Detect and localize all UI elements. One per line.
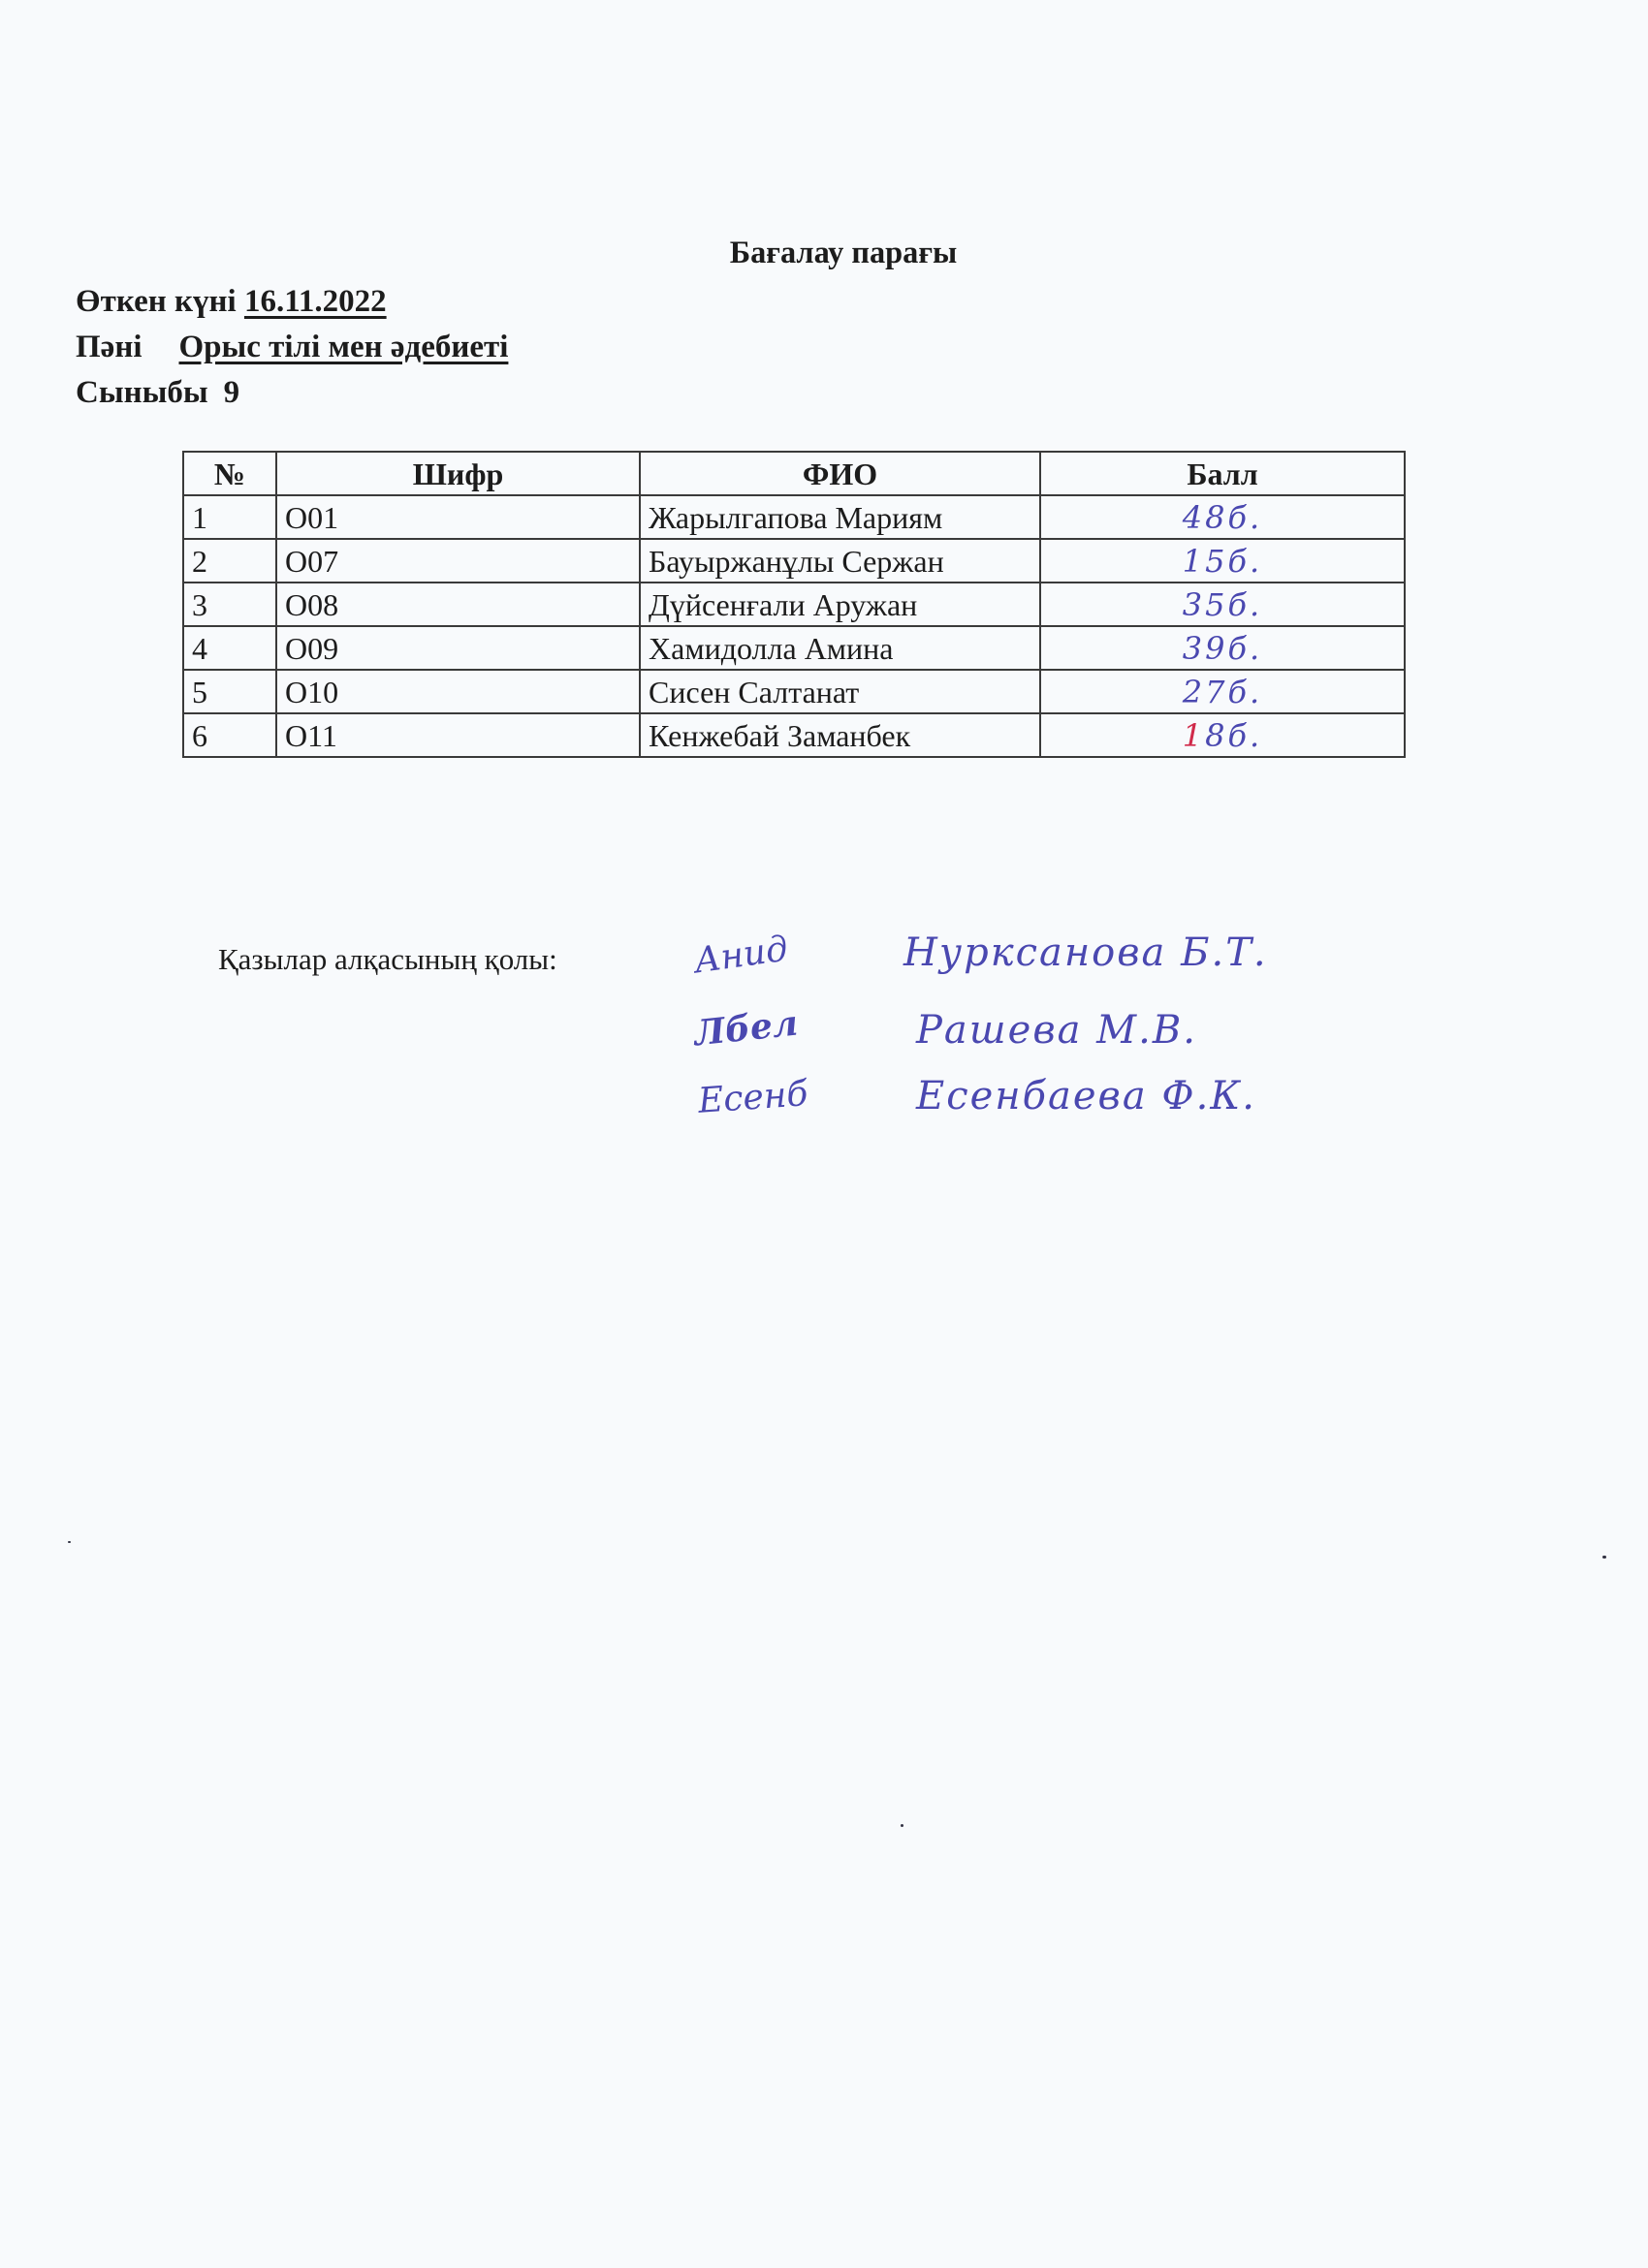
subject-line: ПәніОрыс тілі мен әдебиеті (76, 330, 508, 365)
row-full-name: Жарылгапова Мариям (640, 495, 1040, 539)
row-full-name: Бауыржанұлы Сержан (640, 539, 1040, 583)
subject-label: Пәні (76, 330, 143, 364)
row-code: O07 (276, 539, 640, 583)
score-value: 8б. (1205, 717, 1262, 754)
row-code: O08 (276, 583, 640, 626)
row-full-name: Дүйсенғали Аружан (640, 583, 1040, 626)
row-full-name: Хамидолла Амина (640, 626, 1040, 670)
class-label: Сыныбы (76, 375, 208, 410)
table-row: 1 O01 Жарылгапова Мариям 48б. (183, 495, 1405, 539)
table-row: 3 O08 Дүйсенғали Аружан 35б. (183, 583, 1405, 626)
row-code: O01 (276, 495, 640, 539)
jury-signatures-label: Қазылар алқасының қолы: (218, 942, 557, 977)
row-number: 5 (183, 670, 276, 713)
jury-member-name: Есенбаева Ф.К. (916, 1074, 1256, 1118)
table-header-row: № Шифр ФИО Балл (183, 452, 1405, 495)
row-full-name: Сисен Салтанат (640, 670, 1040, 713)
score-correction-mark: 1 (1183, 717, 1205, 754)
exam-date-label: Өткен күні (76, 284, 237, 319)
row-number: 6 (183, 713, 276, 757)
row-number: 3 (183, 583, 276, 626)
row-score: 15б. (1040, 539, 1405, 583)
header-full-name: ФИО (640, 452, 1040, 495)
subject-value: Орыс тілі мен әдебиеті (179, 330, 509, 364)
exam-date-line: Өткен күні 16.11.2022 (76, 284, 387, 320)
row-code: O11 (276, 713, 640, 757)
scan-speck (68, 1541, 71, 1543)
row-number: 1 (183, 495, 276, 539)
row-score: 39б. (1040, 626, 1405, 670)
row-score: 35б. (1040, 583, 1405, 626)
scan-speck (901, 1824, 903, 1827)
table-row: 5 O10 Сисен Салтанат 27б. (183, 670, 1405, 713)
header-code: Шифр (276, 452, 640, 495)
row-score: 48б. (1040, 495, 1405, 539)
document-title: Бағалау парағы (16, 236, 1648, 271)
class-line: Сыныбы9 (76, 375, 239, 411)
scan-speck (1602, 1556, 1606, 1559)
table-row: 6 O11 Кенжебай Заманбек 18б. (183, 713, 1405, 757)
row-number: 2 (183, 539, 276, 583)
row-full-name: Кенжебай Заманбек (640, 713, 1040, 757)
row-score: 18б. (1040, 713, 1405, 757)
table-row: 4 O09 Хамидолла Амина 39б. (183, 626, 1405, 670)
jury-signature: Анид (692, 929, 791, 981)
jury-member-name: Рашева М.В. (916, 1008, 1197, 1053)
scores-table: № Шифр ФИО Балл 1 O01 Жарылгапова Мариям… (182, 451, 1406, 758)
jury-member-name: Нурксанова Б.Т. (903, 930, 1268, 975)
exam-date-value: 16.11.2022 (244, 284, 387, 319)
row-code: O10 (276, 670, 640, 713)
class-value: 9 (224, 375, 240, 410)
jury-signature: Лбел (692, 1003, 800, 1055)
row-code: O09 (276, 626, 640, 670)
row-score: 27б. (1040, 670, 1405, 713)
header-number: № (183, 452, 276, 495)
row-number: 4 (183, 626, 276, 670)
table-row: 2 O07 Бауыржанұлы Сержан 15б. (183, 539, 1405, 583)
jury-signature: Есенб (697, 1074, 809, 1121)
header-score: Балл (1040, 452, 1405, 495)
